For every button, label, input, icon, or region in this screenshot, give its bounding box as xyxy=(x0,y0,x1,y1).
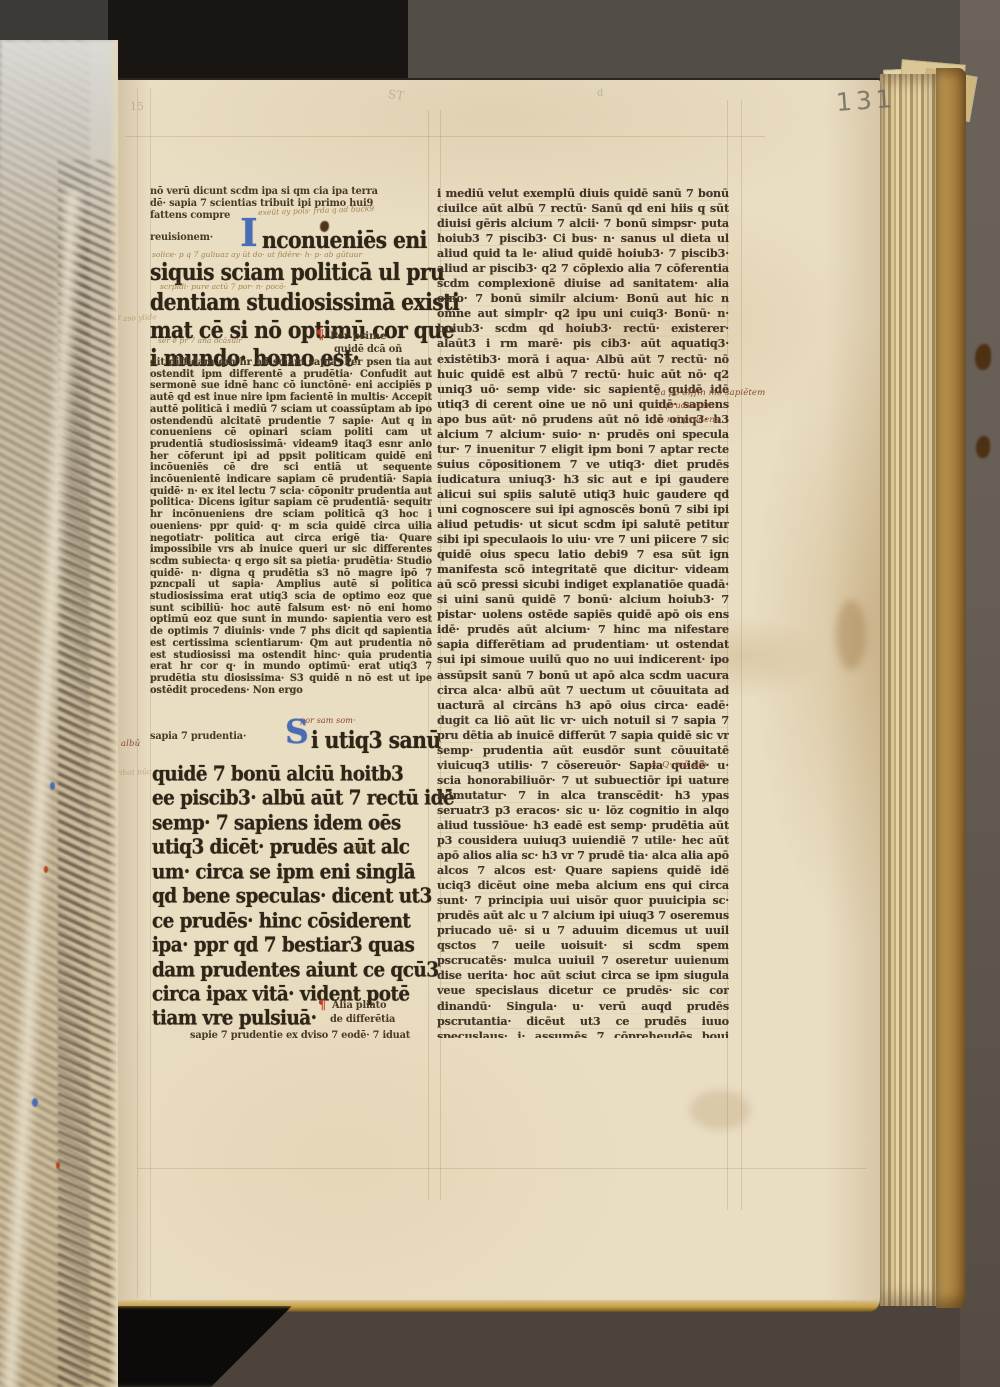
lemma2-lead: sapia 7 prudentia· xyxy=(150,731,246,742)
ruling-line xyxy=(137,1168,867,1169)
lemma-line: dentiam studiosissimā existi xyxy=(150,288,459,316)
lemma-line: i utiq3 sanū xyxy=(311,726,441,754)
faint-mark-topleft: 15 xyxy=(130,100,144,113)
background-black-patch xyxy=(108,0,408,80)
rubric-line: de differētia xyxy=(330,1014,395,1025)
lemma-line: ee piscib3· albū aūt 7 rectū idē xyxy=(152,786,454,810)
ruling-line xyxy=(125,136,765,137)
stain xyxy=(836,600,866,670)
faint-mark-topcenter: ST xyxy=(387,87,405,103)
illuminated-initial-S: S xyxy=(285,718,309,746)
book-cover-edge xyxy=(936,68,966,1308)
intro-line: fattens compre xyxy=(150,210,230,221)
lemma-line: um· circa se ipm eni singlā xyxy=(152,860,415,884)
lemma-line: qd bene speculas· dicent ut3 xyxy=(152,884,432,908)
lemma-line: semp· 7 sapiens idem oēs xyxy=(152,811,401,835)
margin-note: 2a po diffin mō sapiētem xyxy=(655,388,765,398)
initial-glimpse-blue xyxy=(32,1098,38,1107)
margin-note: 7 prudentem· xyxy=(657,401,717,411)
lemma-line: ce prudēs· hinc cōsiderent xyxy=(152,909,410,933)
book-fore-edge xyxy=(880,74,938,1306)
manuscript-photo: 131 15 ST d nō verū dicunt scdm ipa si q… xyxy=(0,0,1000,1387)
intro-line: reuisionem· xyxy=(150,232,213,243)
commentary-left: dit diffidam qm hr ad sciam sapia· Per p… xyxy=(150,357,432,729)
interlinear-gloss: alia xyxy=(352,843,366,852)
margin-note: s· Q· mō sap· xyxy=(652,760,710,770)
rubric-lead: Per prime xyxy=(330,330,386,342)
illuminated-initial-I: I xyxy=(240,218,258,248)
rubric-lead: Alia pliato xyxy=(332,1000,386,1011)
initial-glimpse-red xyxy=(56,1162,60,1169)
initial-glimpse-blue xyxy=(50,782,55,790)
paraph-mark: ¶ xyxy=(316,328,324,343)
main-text-right-column: i mediū velut exemplū diuis quidē sanū 7… xyxy=(437,186,729,1038)
lemma-line: utiq3 dicēt· prudēs aūt alc xyxy=(152,835,409,859)
margin-note: po mō prudens xyxy=(653,415,719,425)
clasp-remnant xyxy=(975,344,991,370)
rubric-line: sapie 7 prudentie ex dviso 7 eodē· 7 idu… xyxy=(190,1030,410,1041)
folio-number: 131 xyxy=(835,84,897,117)
rubric-tail: quidē dcā oñ xyxy=(334,344,402,355)
ruling-line xyxy=(741,100,742,1210)
lemma-line: quidē 7 bonū alciū hoitb3 xyxy=(152,762,403,786)
lemma-line: tiam vre pulsiuā· xyxy=(152,1006,316,1030)
intro-line: nō verū dicunt scdm ipa si qm cia ipa te… xyxy=(150,186,378,197)
background-right xyxy=(960,0,1000,1387)
paraph-mark: ¶ xyxy=(318,998,326,1013)
faint-mark-topright: d xyxy=(597,88,603,99)
clasp-remnant xyxy=(976,436,990,458)
previous-pages-edge xyxy=(0,40,118,1387)
lemma-line: dam prudentes aiunt ce qcū3 xyxy=(152,958,438,982)
lemma-line: ipa· ppr qd 7 bestiar3 quas xyxy=(152,933,414,957)
ruling-line xyxy=(137,88,138,1298)
initial-glimpse-red xyxy=(44,866,48,873)
stain xyxy=(690,1090,750,1130)
